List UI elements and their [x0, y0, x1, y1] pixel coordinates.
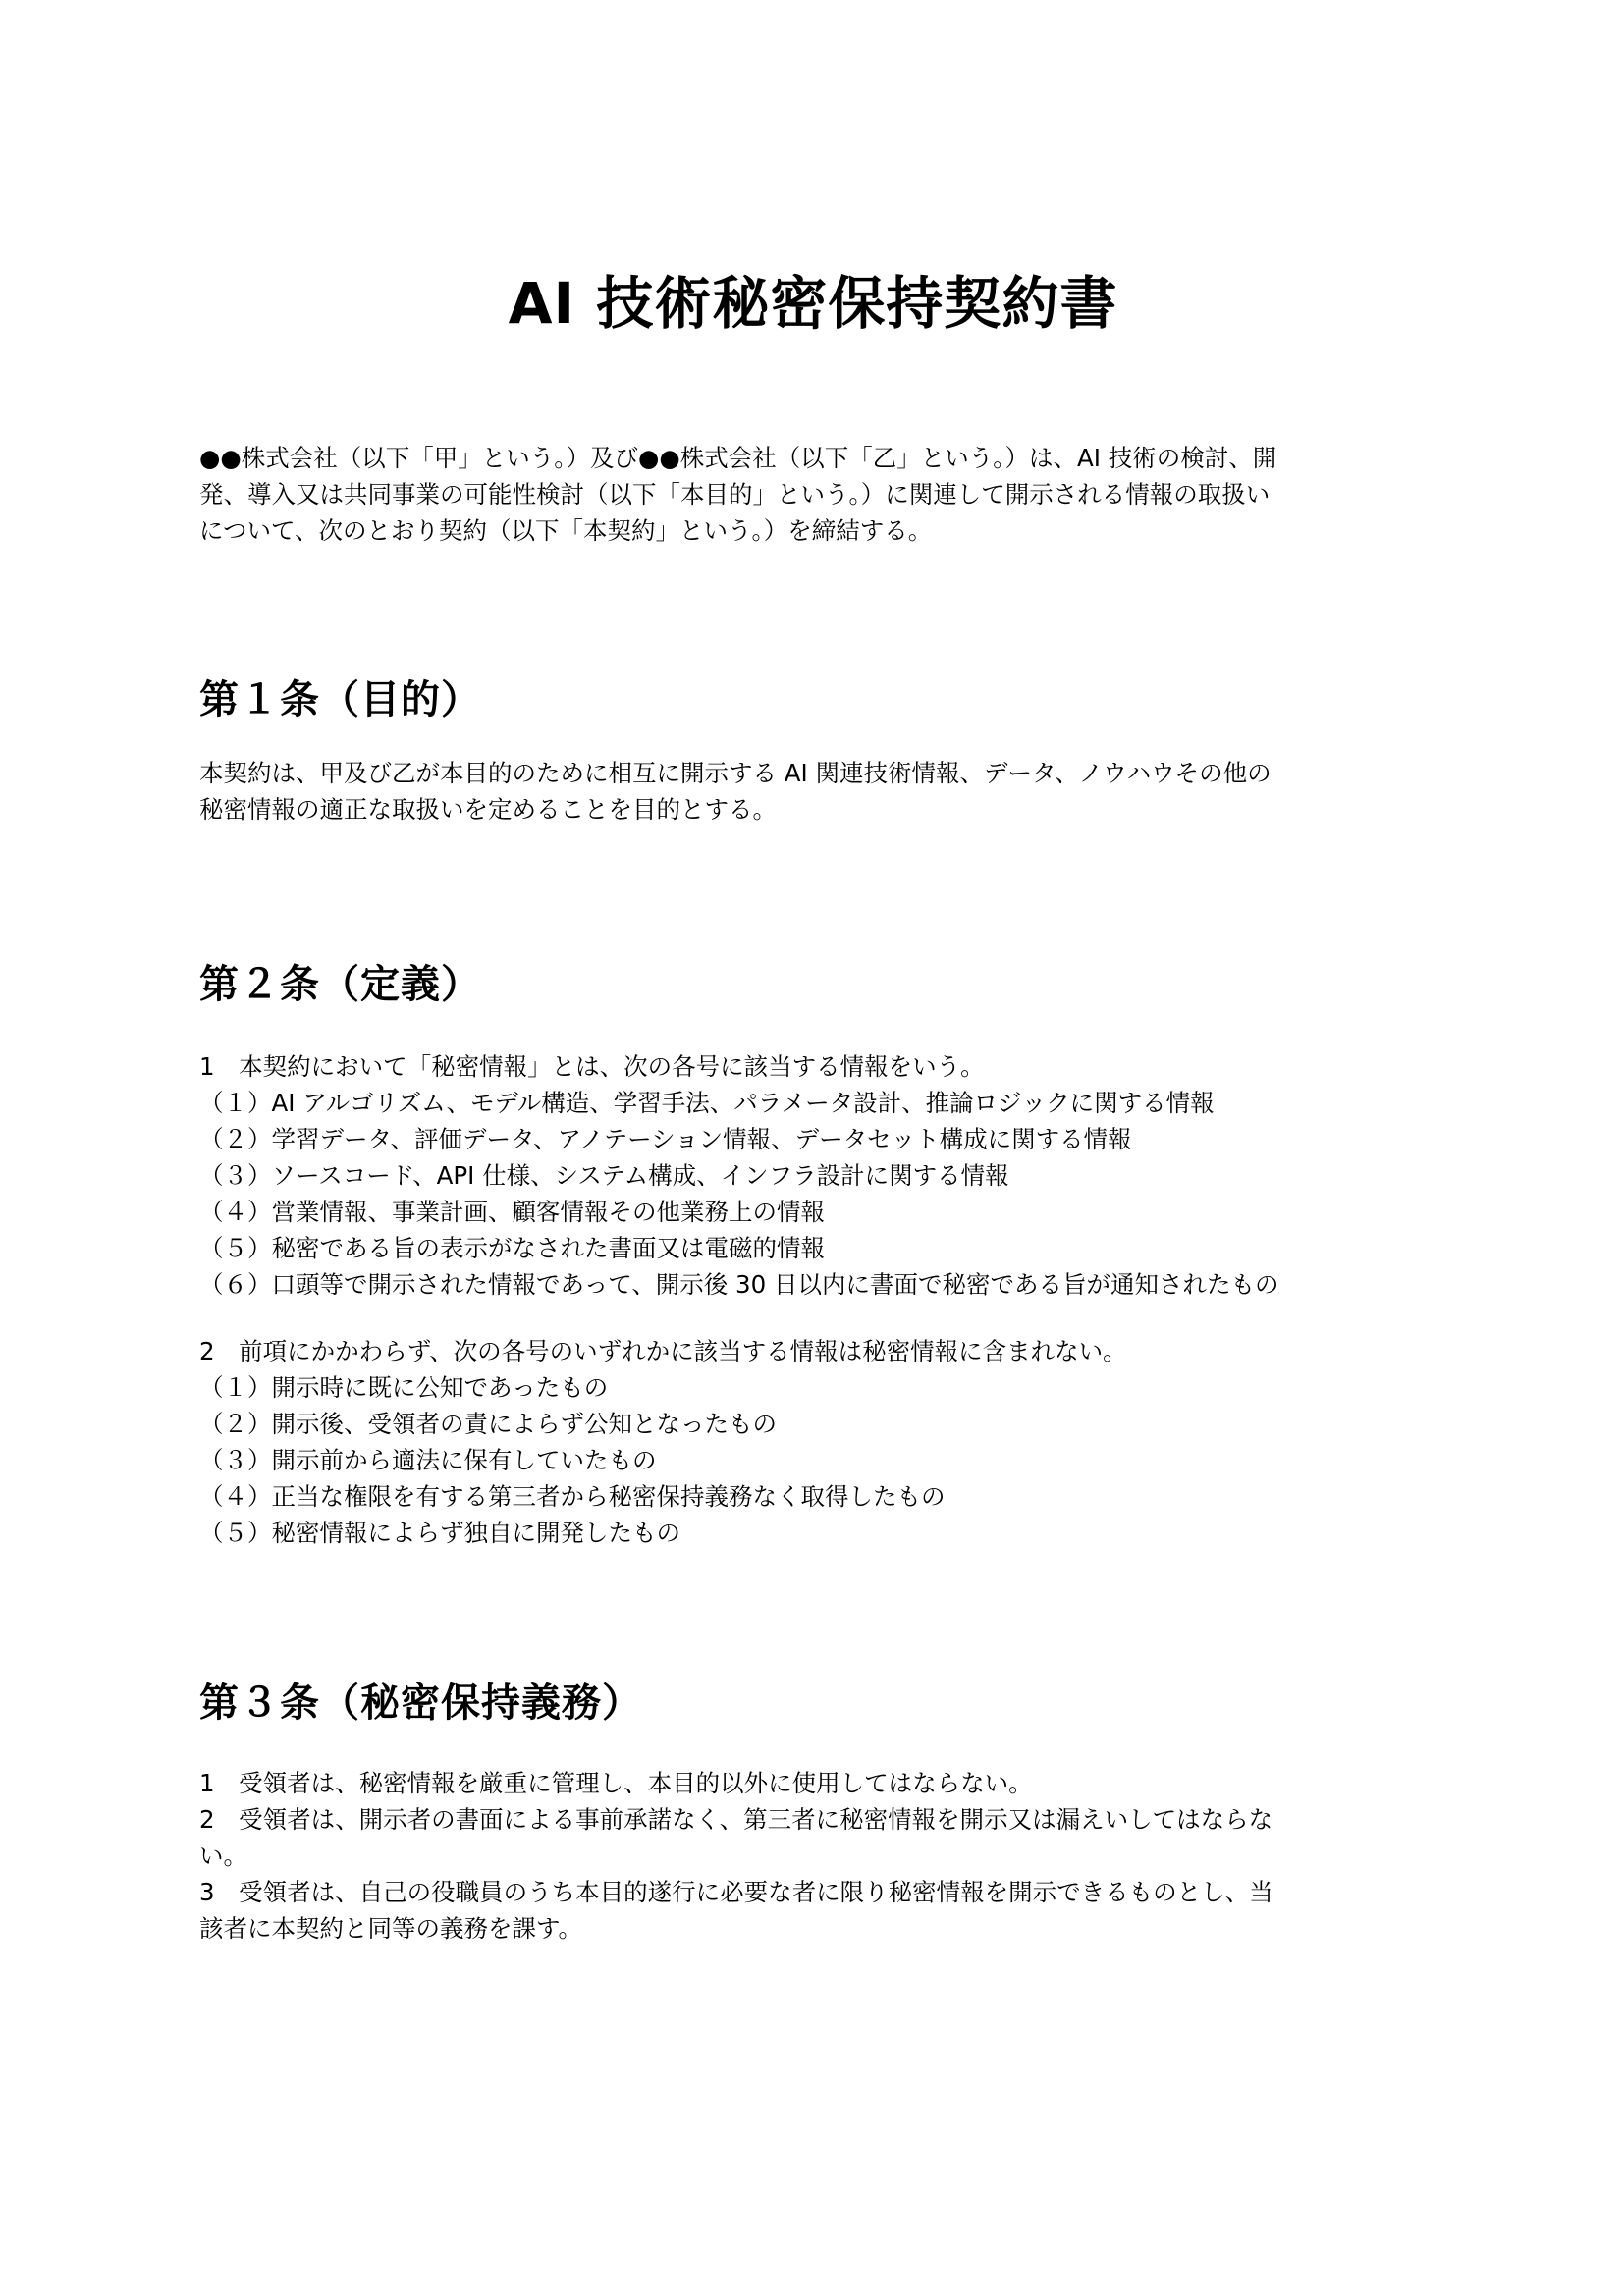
- article-2-paragraph-2: 2 前項にかかわらず、次の各号のいずれかに該当する情報は秘密情報に含まれない。 …: [199, 1333, 1427, 1551]
- preamble-line: について、次のとおり契約（以下「本契約」という。）を締結する。: [199, 512, 1427, 549]
- definition-item: （５）秘密である旨の表示がなされた書面又は電磁的情報: [199, 1230, 1427, 1266]
- exclusion-item: （４）正当な権限を有する第三者から秘密保持義務なく取得したもの: [199, 1478, 1427, 1515]
- article-1-line: 本契約は、甲及び乙が本目的のために相互に開示する AI 関連技術情報、データ、ノ…: [199, 755, 1427, 791]
- article-3-heading: 第３条（秘密保持義務）: [199, 1679, 642, 1728]
- exclusion-item: （１）開示時に既に公知であったもの: [199, 1369, 1427, 1406]
- obligation-clause: 3 受領者は、自己の役職員のうち本目的遂行に必要な者に限り秘密情報を開示できるも…: [199, 1874, 1427, 1910]
- definition-clause: 1 本契約において「秘密情報」とは、次の各号に該当する情報をいう。: [199, 1048, 1427, 1085]
- article-2-paragraph-1: 1 本契約において「秘密情報」とは、次の各号に該当する情報をいう。 （１）AI …: [199, 1048, 1427, 1303]
- preamble-line: 発、導入又は共同事業の可能性検討（以下「本目的」という。）に関連して開示される情…: [199, 476, 1427, 512]
- definition-item: （３）ソースコード、API 仕様、システム構成、インフラ設計に関する情報: [199, 1157, 1427, 1194]
- exclusion-item: （５）秘密情報によらず独自に開発したもの: [199, 1515, 1427, 1551]
- obligation-clause-continued: 該者に本契約と同等の義務を課す。: [199, 1910, 1427, 1947]
- article-1-line: 秘密情報の適正な取扱いを定めることを目的とする。: [199, 791, 1427, 828]
- definition-item: （４）営業情報、事業計画、顧客情報その他業務上の情報: [199, 1194, 1427, 1230]
- document-title: AI 技術秘密保持契約書: [199, 269, 1427, 338]
- obligation-clause: 2 受領者は、開示者の書面による事前承諾なく、第三者に秘密情報を開示又は漏えいし…: [199, 1801, 1427, 1838]
- article-2-heading: 第２条（定義）: [199, 960, 481, 1009]
- exclusion-clause: 2 前項にかかわらず、次の各号のいずれかに該当する情報は秘密情報に含まれない。: [199, 1333, 1427, 1369]
- preamble: ●●株式会社（以下「甲」という。）及び●●株式会社（以下「乙」という。）は、AI…: [199, 440, 1427, 549]
- obligation-clause-continued: い。: [199, 1838, 1427, 1874]
- article-1-heading: 第１条（目的）: [199, 675, 481, 724]
- exclusion-item: （２）開示後、受領者の責によらず公知となったもの: [199, 1406, 1427, 1442]
- article-1-body: 本契約は、甲及び乙が本目的のために相互に開示する AI 関連技術情報、データ、ノ…: [199, 755, 1427, 828]
- obligation-clause: 1 受領者は、秘密情報を厳重に管理し、本目的以外に使用してはならない。: [199, 1765, 1427, 1801]
- exclusion-item: （３）開示前から適法に保有していたもの: [199, 1442, 1427, 1478]
- preamble-line: ●●株式会社（以下「甲」という。）及び●●株式会社（以下「乙」という。）は、AI…: [199, 440, 1427, 476]
- definition-item: （６）口頭等で開示された情報であって、開示後 30 日以内に書面で秘密である旨が…: [199, 1266, 1427, 1303]
- definition-item: （２）学習データ、評価データ、アノテーション情報、データセット構成に関する情報: [199, 1121, 1427, 1157]
- article-3-body: 1 受領者は、秘密情報を厳重に管理し、本目的以外に使用してはならない。 2 受領…: [199, 1765, 1427, 1947]
- definition-item: （１）AI アルゴリズム、モデル構造、学習手法、パラメータ設計、推論ロジックに関…: [199, 1085, 1427, 1121]
